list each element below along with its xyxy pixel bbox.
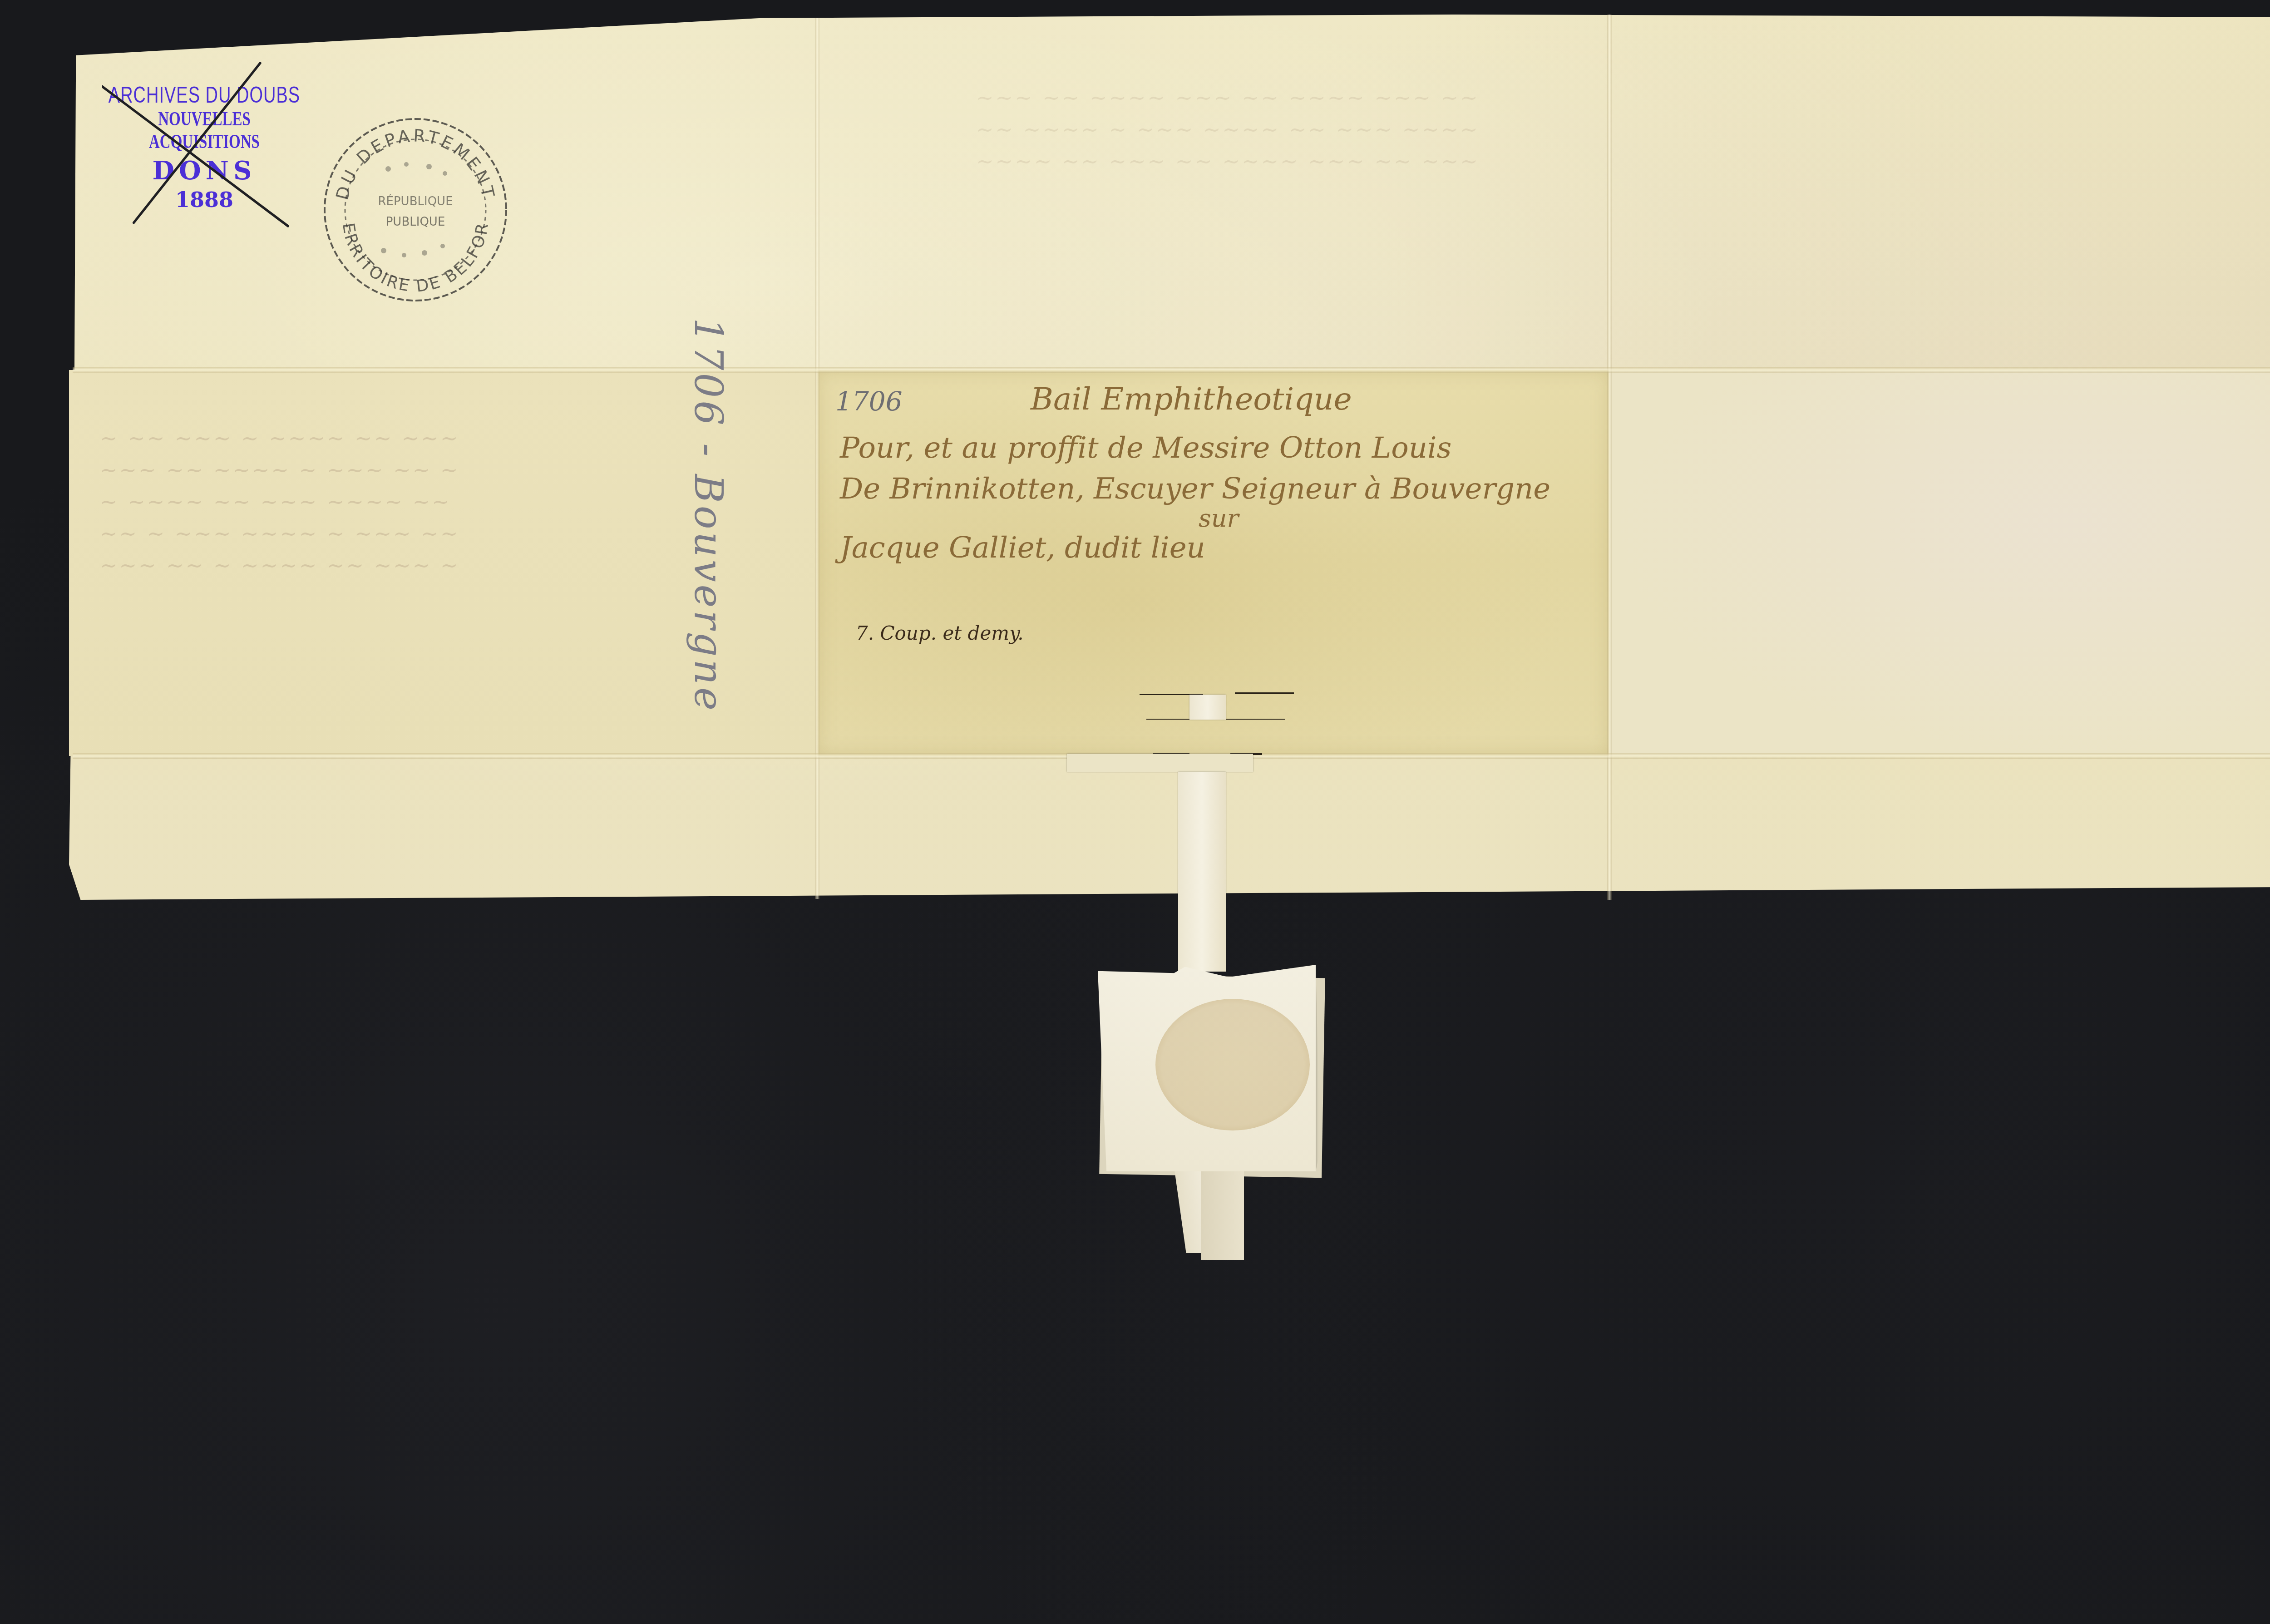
seal-tag-tail-right bbox=[1201, 1171, 1244, 1260]
cross-out-mark-icon bbox=[102, 54, 293, 232]
departmental-seal-stamp: DU DEPARTEMENT TERRITOIRE DE BELFORT RÉP… bbox=[320, 114, 511, 305]
seal-center-line-2: PUBLIQUE bbox=[386, 215, 445, 229]
svg-text:DU DEPARTEMENT: DU DEPARTEMENT bbox=[332, 125, 498, 202]
seal-slit-2 bbox=[1235, 692, 1294, 694]
fold-line-vertical-left bbox=[815, 18, 819, 899]
bleedthrough-text-left: ~ ~~ ~~~ ~ ~~~~ ~~ ~~~ ~~~ ~~ ~~~~ ~ ~~~… bbox=[100, 422, 459, 581]
seal-center-line-1: RÉPUBLIQUE bbox=[378, 194, 453, 208]
seal-tag-crossband bbox=[1067, 754, 1253, 772]
endorsement-line-5: Jacque Galliet, dudit lieu bbox=[840, 531, 1205, 565]
endorsement-line-3: De Brinnikotten, Escuyer Seigneur à Bouv… bbox=[840, 472, 1550, 506]
wax-seal-impression bbox=[1155, 999, 1310, 1130]
seal-tag-strip bbox=[1178, 772, 1226, 972]
right-middle-panel bbox=[1609, 370, 2270, 756]
endorsement-note: 7. Coup. et demy. bbox=[856, 622, 1024, 644]
endorsement-line-4: sur bbox=[1199, 504, 1239, 533]
bleedthrough-text-top: ~~~ ~~ ~~~~ ~~~ ~~ ~~~~ ~~~ ~~ ~~ ~~~~ ~… bbox=[976, 82, 1480, 177]
seal-outer-top-text: DU DEPARTEMENT bbox=[332, 125, 498, 202]
pencil-annotation: 1706 - Bouvergne bbox=[686, 318, 731, 713]
endorsement-date: 1706 bbox=[835, 386, 903, 417]
fold-line-vertical-right bbox=[1607, 15, 1612, 900]
endorsement-line-2: Pour, et au proffit de Messire Otton Lou… bbox=[840, 431, 1451, 465]
fold-line-horizontal-top bbox=[73, 367, 2270, 373]
endorsement-title: Bail Emphitheotique bbox=[1031, 381, 1352, 417]
seal-tag-upper-loop bbox=[1189, 695, 1226, 720]
